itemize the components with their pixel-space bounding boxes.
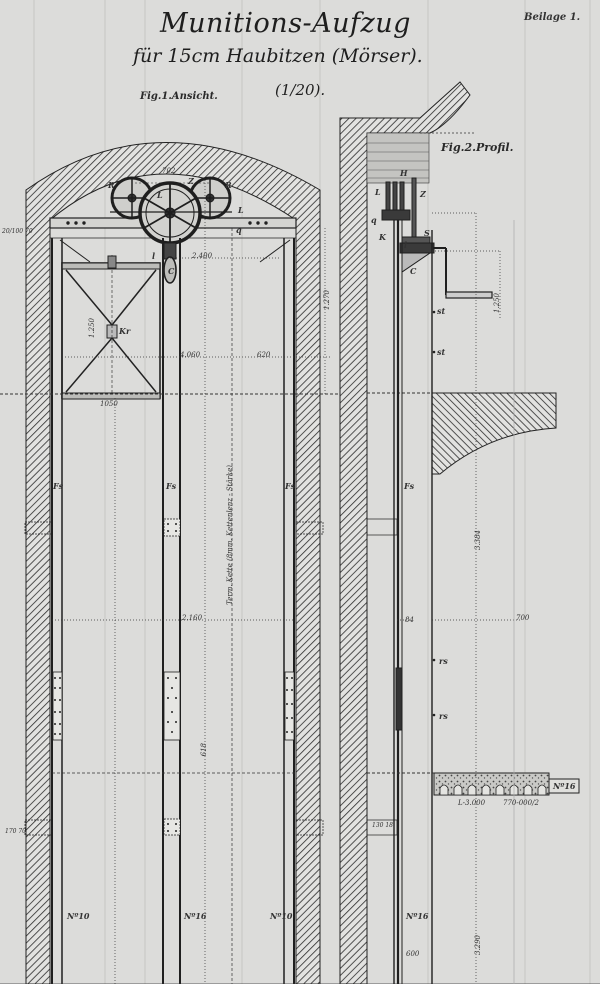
fig2-label-l: l <box>404 240 407 250</box>
fig2-mesh-label: 770-000/2 <box>503 799 539 807</box>
fig2-label-K: K <box>379 232 386 242</box>
fig2-nr-floor: Nº16 <box>553 781 575 791</box>
fig1-beam-left: Fs <box>53 481 63 491</box>
fig2-dim-600: 600 <box>406 950 419 958</box>
fig2-label-Z: Z <box>420 189 426 199</box>
fig1-cage-height: 1.250 <box>88 318 96 338</box>
fig2-guide-lines <box>367 220 432 984</box>
fig1-dim-702: 702 <box>162 167 175 175</box>
fig2-label-S: S <box>424 228 430 238</box>
drawing-title: Munitions-Aufzug <box>160 8 411 39</box>
fig1-label-R-left: R <box>108 180 115 190</box>
fig2-label-L: L <box>375 187 381 197</box>
fig2-dim-700: 700 <box>516 614 529 622</box>
fig1-nr-mid: Nº16 <box>184 911 206 921</box>
fig2-dim-1250: 1.250 <box>493 293 501 313</box>
fig1-dim-618: 618 <box>200 743 208 756</box>
fig1-label-l: l <box>152 251 155 261</box>
fig2-label-C: C <box>410 266 416 276</box>
fig2-bottom-mark: 130 18 <box>372 822 393 829</box>
fig1-beam-right: Fs <box>285 481 295 491</box>
fig1-label-C: C <box>168 266 174 276</box>
fig1-right-dim: 1.270 <box>323 290 331 310</box>
fig1-guide-beams <box>25 238 323 984</box>
fig2-caption: Fig.2.Profil. <box>441 141 513 154</box>
fig2-dim-3290: 3.290 <box>474 935 482 955</box>
fig2-label-st-1: st <box>437 306 445 316</box>
fig2-label-rs-2: rs <box>439 711 448 721</box>
fig1-dim-4060: 4.060 <box>180 351 200 359</box>
technical-drawing-sheet: Munitions-Aufzug für 15cm Haubitzen (Mör… <box>0 0 600 984</box>
fig2-dim-3384: 3.384 <box>474 530 482 550</box>
fig1-nr-right: Nº10 <box>270 911 292 921</box>
fig1-label-q: q <box>236 225 242 235</box>
fig2-nr-beam: Nº16 <box>406 911 428 921</box>
fig1-dim-2160: 2.160 <box>182 614 202 622</box>
drawing-scale: (1/20). <box>275 81 325 99</box>
appendix-label: Beilage 1. <box>524 12 580 23</box>
fig1-dim-2400: 2.400 <box>192 252 212 260</box>
fig2-label-st-2: st <box>437 347 445 357</box>
fig2-label-q: q <box>371 215 377 225</box>
fig2-dim-84: 84 <box>405 616 414 624</box>
fig1-cage-bottom: 1050 <box>100 400 118 408</box>
fig2-marks <box>433 311 436 717</box>
fig1-label-cage: Kr <box>119 326 130 336</box>
drawing-subtitle: für 15cm Haubitzen (Mörser). <box>133 45 423 67</box>
fig1-caption: Fig.1.Ansicht. <box>140 91 218 102</box>
fig1-label-R-right: R <box>225 180 232 190</box>
fig2-label-rs-1: rs <box>439 656 448 666</box>
fig2-label-L3000: L-3.000 <box>458 799 485 807</box>
fig2-label-H: H <box>400 168 408 178</box>
fig1-nr-left: Nº10 <box>67 911 89 921</box>
fig1-bottom-left-mark: 170 70 <box>5 828 26 835</box>
fig1-label-L-top: L <box>157 190 163 200</box>
fig2-beam: Fs <box>404 481 414 491</box>
fig2-console <box>367 393 556 474</box>
fig1-label-Z: Z <box>188 176 194 186</box>
fig1-beam-mid: Fs <box>166 481 176 491</box>
fig1-chain-label: Term. Kette (8mm. Kettenlenz - Stärke) <box>226 465 234 605</box>
fig1-left-wall-mark: 20/100 70 <box>2 228 33 235</box>
fig1-label-L-right: L <box>238 205 244 215</box>
fig1-dim-620: 620 <box>257 351 270 359</box>
